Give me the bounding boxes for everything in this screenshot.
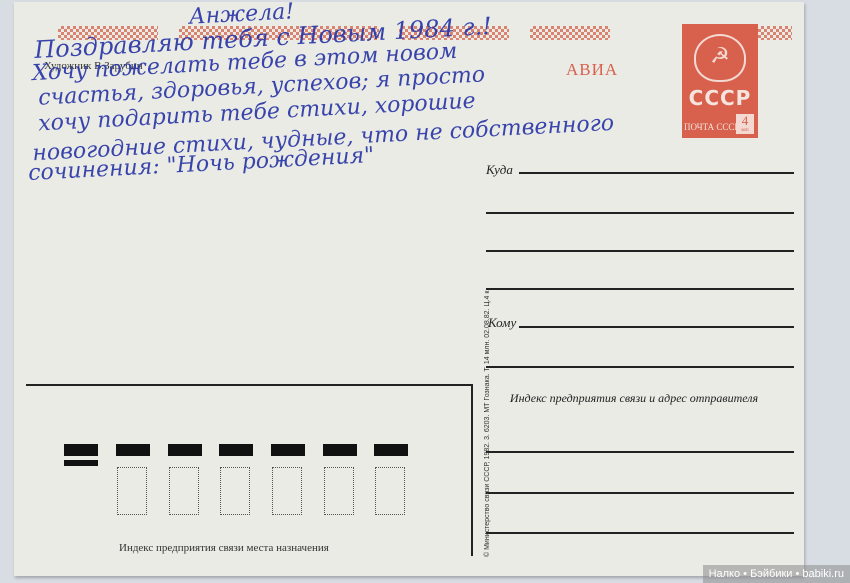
address-line <box>486 288 794 290</box>
address-line <box>486 532 794 534</box>
zip-bar <box>168 444 202 456</box>
zip-bar <box>64 460 98 466</box>
destination-index-label: Индекс предприятия связи места назначени… <box>119 542 329 554</box>
zip-frame-right <box>471 384 473 556</box>
zip-digit-box <box>117 467 147 515</box>
decorative-checker-band <box>758 26 792 40</box>
address-line <box>486 492 794 494</box>
zip-digit-box <box>324 467 354 515</box>
address-line <box>486 212 794 214</box>
zip-digit-box <box>169 467 199 515</box>
watermark: Налко • Бэйбики • babiki.ru <box>703 565 850 583</box>
stamp-country: СССР <box>686 86 754 110</box>
zip-bar <box>271 444 305 456</box>
address-line <box>519 172 794 174</box>
air-mail-label: АВИА <box>566 60 618 80</box>
publisher-line: © Министерство связи СССР, 1982. 3. 6203… <box>484 289 491 557</box>
zip-digit-box <box>375 467 405 515</box>
stamp-value: 4коп <box>736 114 754 134</box>
postage-stamp: СССР ПОЧТА СССР 4коп <box>682 24 758 138</box>
state-emblem-icon <box>694 34 746 82</box>
address-line <box>519 326 794 328</box>
zip-bar <box>64 444 98 456</box>
zip-frame-top <box>26 384 471 386</box>
zip-digit-box <box>272 467 302 515</box>
address-line <box>486 451 794 453</box>
to-where-label: Куда <box>486 162 513 178</box>
zip-bar <box>374 444 408 456</box>
zip-bar <box>116 444 150 456</box>
to-whom-label: Кому <box>488 315 516 331</box>
stamp-postal-text: ПОЧТА СССР <box>684 122 739 132</box>
postcard: Художник В.Зарубин АВИА СССР ПОЧТА СССР … <box>14 2 804 576</box>
decorative-checker-band <box>530 26 610 40</box>
zip-digit-box <box>220 467 250 515</box>
zip-bar <box>219 444 253 456</box>
sender-label: Индекс предприятия связи и адрес отправи… <box>509 390 759 406</box>
address-line <box>486 366 794 368</box>
zip-bar <box>323 444 357 456</box>
address-line <box>486 250 794 252</box>
